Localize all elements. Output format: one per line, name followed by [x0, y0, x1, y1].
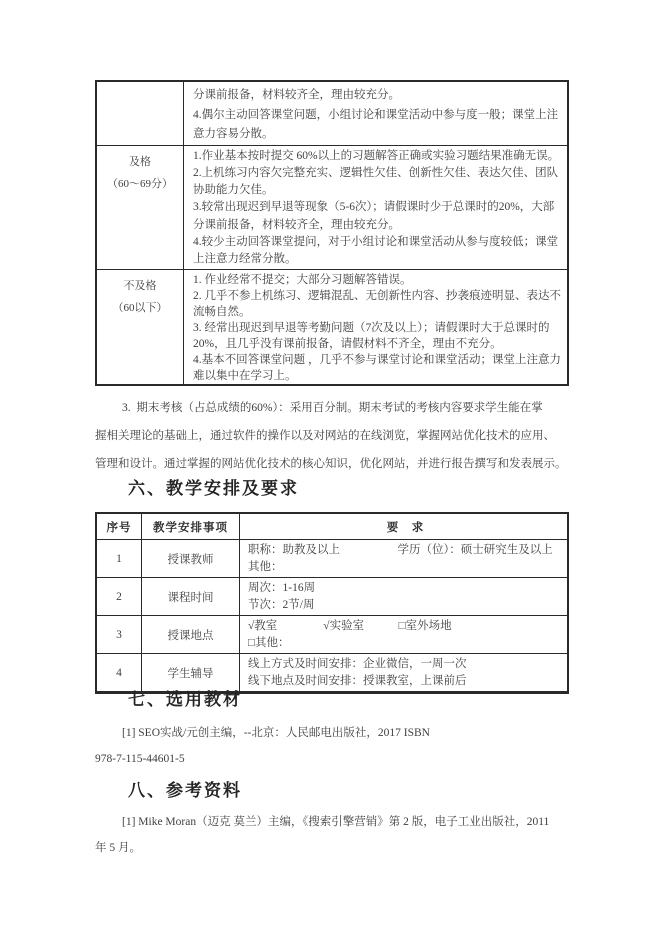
paragraph-line: [1] Mike Moran（迈克 莫兰）主编，《搜索引擎营销》第 2 版，电子…: [95, 809, 569, 835]
grade-rubric-table: 分课前报备，材料较齐全，理由较充分。4.偶尔主动回答课堂问题，小组讨论和课堂活动…: [95, 80, 569, 386]
requirement-line: 节次：2节/周: [248, 597, 563, 614]
criteria-line: 4.较少主动回答课堂提问，对于小组讨论和课堂活动从参与度较低；课堂: [193, 234, 563, 251]
paragraph-line: 管理和设计。通过掌握的网站优化技术的核心知识，优化网站，并进行报告撰写和发表展示…: [95, 450, 569, 478]
criteria-line: 4.基本不回答课堂问题 ，几乎不参与课堂讨论和课堂活动；课堂上注意力: [193, 352, 563, 368]
criteria-line: 2.上机练习内容欠完整充实、逻辑性欠佳、创新性欠佳、表达欠佳、团队: [193, 165, 563, 182]
paragraph-line: [1] SEO实战/元创主编，--北京：人民邮电出版社，2017 ISBN: [95, 720, 569, 746]
grade-range-label: （60～69分）: [98, 173, 182, 195]
grade-label: 及格: [98, 151, 182, 173]
requirement-line: √教室 √实验室 □室外场地: [248, 618, 563, 635]
grade-label-cell: 及格（60～69分）: [96, 145, 184, 269]
arrangement-row: 1授课教师职称：助教及以上 学历（位）：硕士研究生及以上其他：: [96, 540, 568, 578]
grade-range-label: （60以下）: [98, 297, 182, 319]
criteria-line: 协助能力欠佳。: [193, 182, 563, 199]
criteria-line: 分课前报备，材料较齐全，理由较充分。: [193, 86, 563, 106]
criteria-line: 流畅自然。: [193, 304, 563, 320]
criteria-line: 分课前报备，材料较齐全，理由较充分。: [193, 217, 563, 234]
grade-label-cell: [96, 81, 184, 145]
row-number-cell: 3: [96, 616, 142, 654]
section-7-heading: 七、选用教材: [128, 688, 242, 712]
final-exam-paragraph: 3. 期末考核（占总成绩的60%）：采用百分制。期末考试的考核内容要求学生能在掌…: [95, 394, 569, 478]
arrangement-item-cell: 课程时间: [142, 578, 240, 616]
criteria-line: 2. 几乎不参上机练习、逻辑混乱、无创新性内容、抄袭痕迹明显、表达不: [193, 288, 563, 304]
requirement-line: 其他：: [248, 559, 563, 576]
grade-row: 及格（60～69分）1.作业基本按时提交 60%以上的习题解答正确或实验习题结果…: [96, 145, 568, 269]
row-number-cell: 4: [96, 654, 142, 693]
row-number-cell: 2: [96, 578, 142, 616]
section-6-heading: 六、教学安排及要求: [128, 477, 299, 501]
column-header: 教学安排事项: [142, 513, 240, 540]
grade-criteria-cell: 1.作业基本按时提交 60%以上的习题解答正确或实验习题结果准确无误。2.上机练…: [184, 145, 569, 269]
requirement-line: 线下地点及时间安排：授课教室，上课前后: [248, 673, 563, 690]
paragraph-line: 握相关理论的基础上，通过软件的操作以及对网站的在线浏览，掌握网站优化技术的应用、: [95, 422, 569, 450]
criteria-line: 3. 经常出现迟到早退等考勤问题（7次及以上）；请假课时大于总课时的: [193, 320, 563, 336]
requirement-cell: 周次：1-16周节次：2节/周: [240, 578, 569, 616]
arrangement-item-cell: 授课教师: [142, 540, 240, 578]
row-number-cell: 1: [96, 540, 142, 578]
criteria-line: 意力容易分散。: [193, 125, 563, 145]
requirement-cell: √教室 √实验室 □室外场地□其他：: [240, 616, 569, 654]
criteria-line: 20%，且几乎没有课前报备，请假材料不齐全，理由不充分。: [193, 336, 563, 352]
criteria-line: 上注意力经常分散。: [193, 251, 563, 268]
arrangement-header-row: 序号教学安排事项要 求: [96, 513, 568, 540]
requirement-cell: 线上方式及时间安排：企业微信，一周一次线下地点及时间安排：授课教室，上课前后: [240, 654, 569, 693]
criteria-line: 难以集中在学习上。: [193, 368, 563, 384]
arrangement-row: 4学生辅导线上方式及时间安排：企业微信，一周一次线下地点及时间安排：授课教室，上…: [96, 654, 568, 693]
column-header: 要 求: [240, 513, 569, 540]
textbook-paragraph: [1] SEO实战/元创主编，--北京：人民邮电出版社，2017 ISBN978…: [95, 720, 569, 772]
arrangement-item-cell: 授课地点: [142, 616, 240, 654]
grade-label-cell: 不及格（60以下）: [96, 269, 184, 385]
criteria-line: 4.偶尔主动回答课堂问题，小组讨论和课堂活动中参与度一般；课堂上注: [193, 106, 563, 126]
criteria-line: 1.作业基本按时提交 60%以上的习题解答正确或实验习题结果准确无误。: [193, 148, 563, 165]
requirement-line: 周次：1-16周: [248, 580, 563, 597]
criteria-line: 1. 作业经常不提交；大部分习题解答错误。: [193, 272, 563, 288]
requirement-line: □其他：: [248, 635, 563, 652]
criteria-line: 3.较常出现迟到早退等现象（5-6次）；请假课时少于总课时的20%，大部: [193, 199, 563, 216]
arrangement-row: 3授课地点√教室 √实验室 □室外场地□其他：: [96, 616, 568, 654]
grade-label: 不及格: [98, 275, 182, 297]
document-page: 分课前报备，材料较齐全，理由较充分。4.偶尔主动回答课堂问题，小组讨论和课堂活动…: [0, 0, 662, 936]
arrangement-table: 序号教学安排事项要 求 1授课教师职称：助教及以上 学历（位）：硕士研究生及以上…: [95, 512, 569, 694]
requirement-line: 线上方式及时间安排：企业微信，一周一次: [248, 656, 563, 673]
paragraph-line: 3. 期末考核（占总成绩的60%）：采用百分制。期末考试的考核内容要求学生能在掌: [95, 394, 569, 422]
paragraph-line: 978-7-115-44601-5: [95, 746, 569, 772]
section-8-heading: 八、参考资料: [128, 779, 242, 803]
arrangement-row: 2课程时间周次：1-16周节次：2节/周: [96, 578, 568, 616]
paragraph-line: 年 5 月。: [95, 835, 569, 861]
grade-criteria-cell: 1. 作业经常不提交；大部分习题解答错误。2. 几乎不参上机练习、逻辑混乱、无创…: [184, 269, 569, 385]
arrangement-item-cell: 学生辅导: [142, 654, 240, 693]
requirement-cell: 职称：助教及以上 学历（位）：硕士研究生及以上其他：: [240, 540, 569, 578]
grade-criteria-cell: 分课前报备，材料较齐全，理由较充分。4.偶尔主动回答课堂问题，小组讨论和课堂活动…: [184, 81, 569, 145]
column-header: 序号: [96, 513, 142, 540]
grade-row: 不及格（60以下）1. 作业经常不提交；大部分习题解答错误。2. 几乎不参上机练…: [96, 269, 568, 385]
reference-paragraph: [1] Mike Moran（迈克 莫兰）主编，《搜索引擎营销》第 2 版，电子…: [95, 809, 569, 861]
grade-row: 分课前报备，材料较齐全，理由较充分。4.偶尔主动回答课堂问题，小组讨论和课堂活动…: [96, 81, 568, 145]
requirement-line: 职称：助教及以上 学历（位）：硕士研究生及以上: [248, 542, 563, 559]
